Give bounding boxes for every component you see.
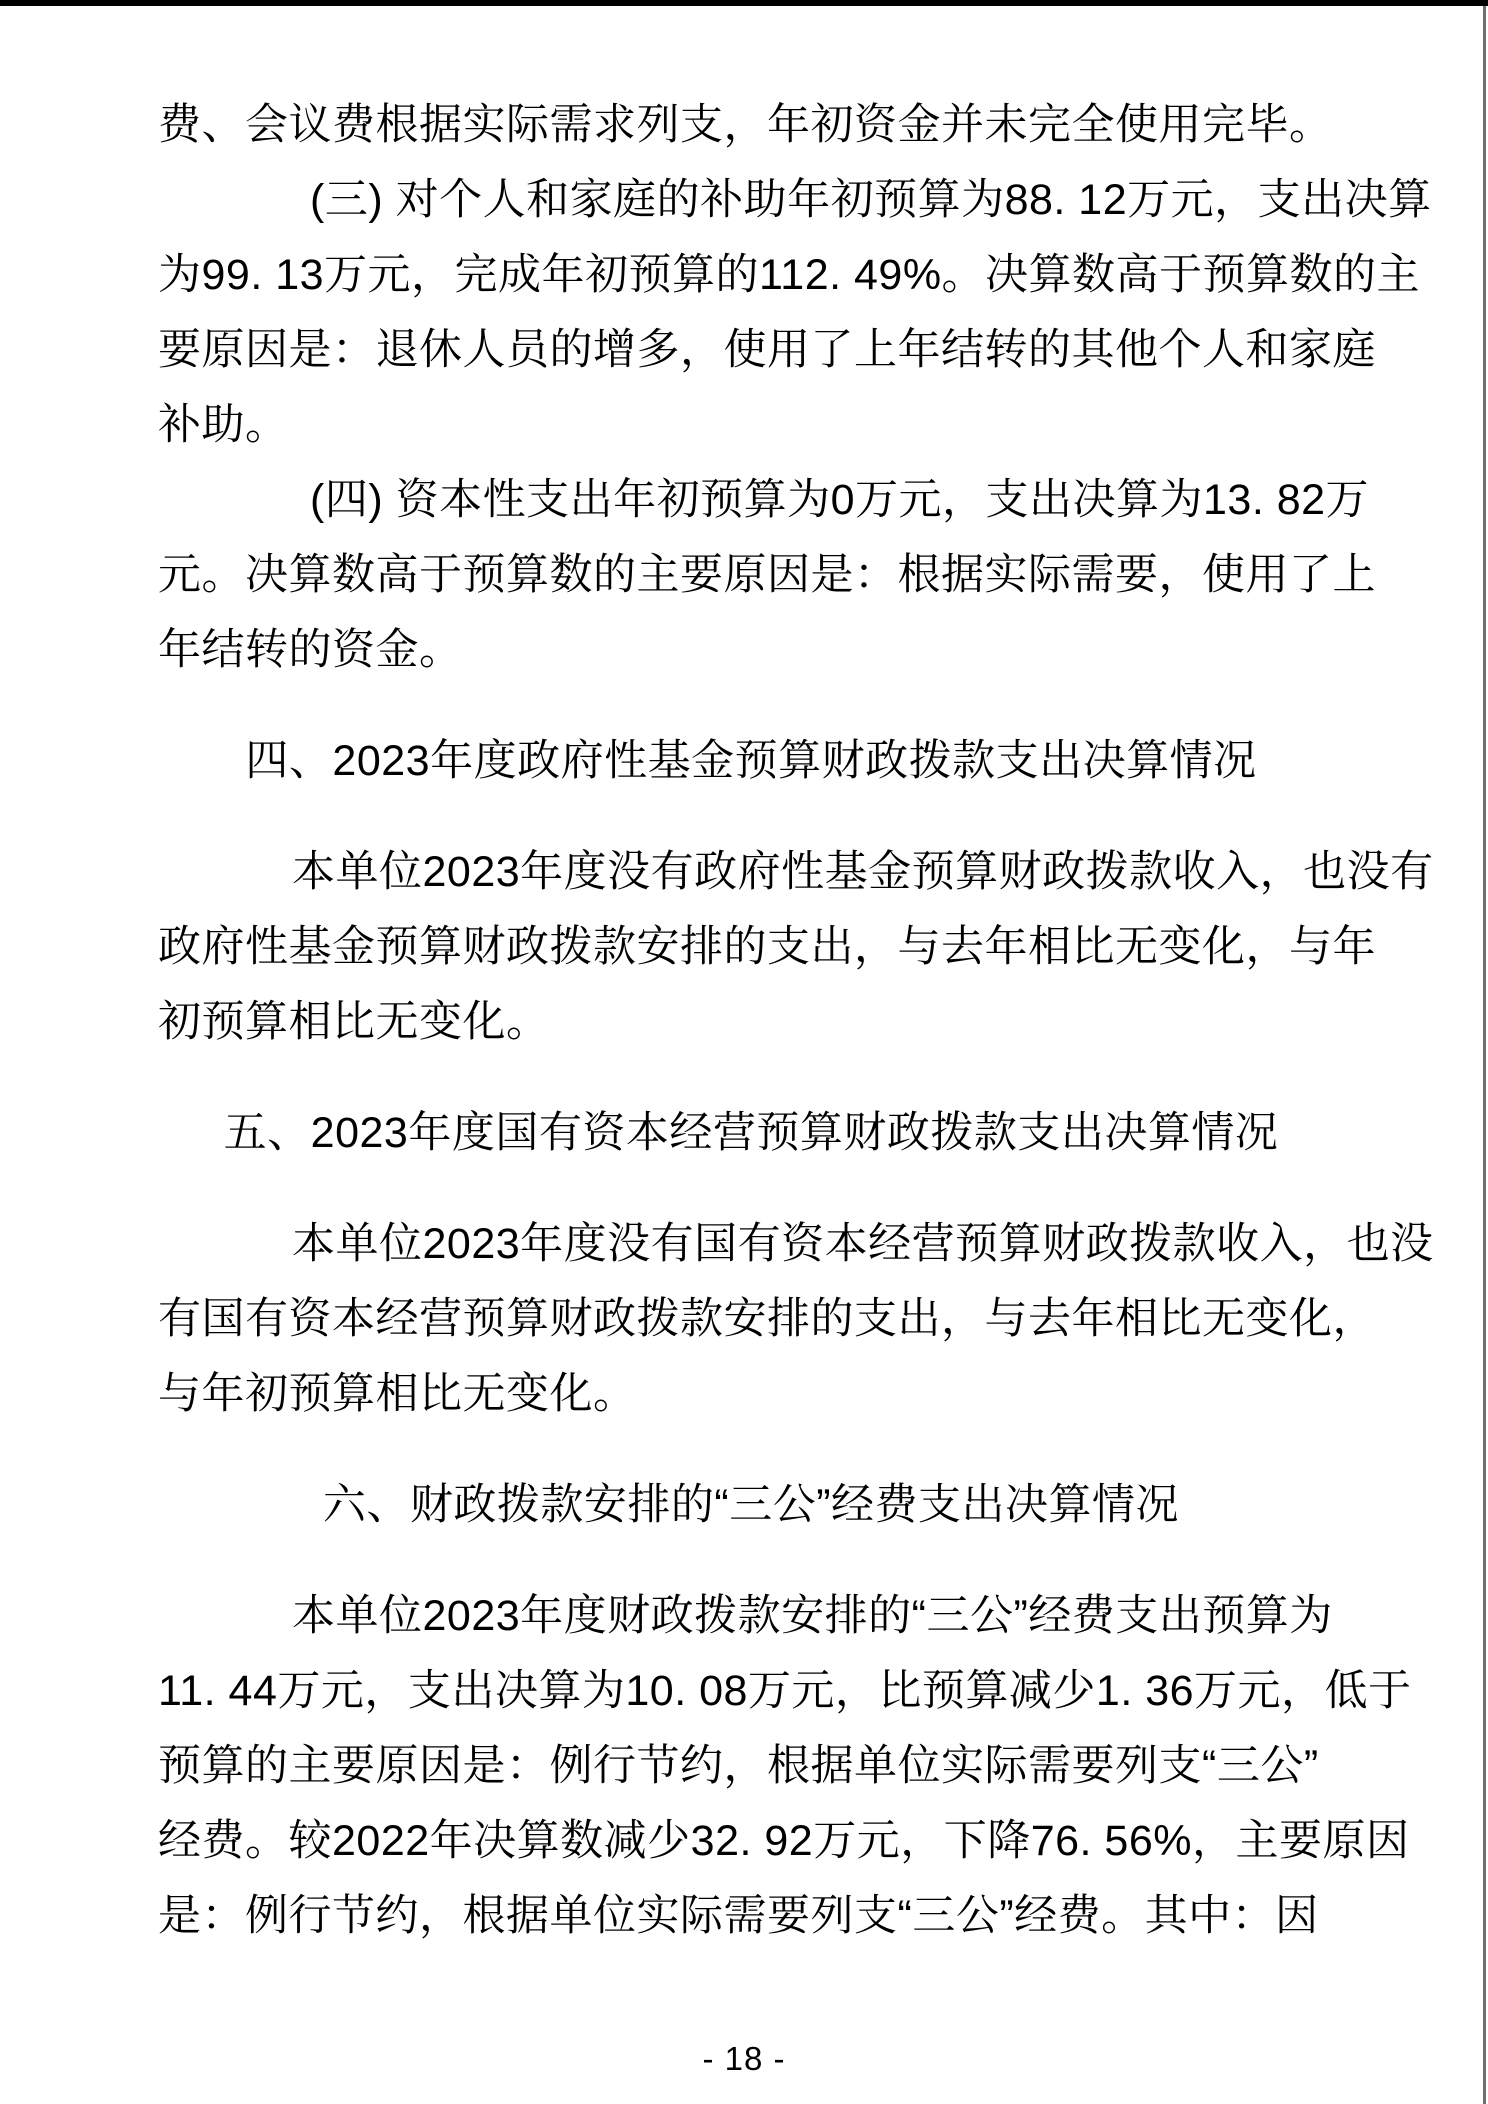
page-number: - 18 - <box>0 2038 1488 2080</box>
document-page: 费、会议费根据实际需求列支，年初资金并未完全使用完毕。(三) 对个人和家庭的补助… <box>0 0 1488 2104</box>
section-heading: 六、财政拨款安排的“三公”经费支出决算情况 <box>158 1468 1344 1543</box>
text-line: 本单位2023年度没有政府性基金预算财政拨款收入，也没有 <box>158 835 1344 910</box>
text-line: 为99. 13万元，完成年初预算的112. 49%。决算数高于预算数的主 <box>158 238 1344 313</box>
text-line: 年结转的资金。 <box>158 613 1344 688</box>
section-heading: 五、2023年度国有资本经营预算财政拨款支出决算情况 <box>158 1096 1344 1171</box>
text-line: 本单位2023年度没有国有资本经营预算财政拨款收入，也没 <box>158 1207 1344 1282</box>
text-line: 要原因是：退休人员的增多，使用了上年结转的其他个人和家庭 <box>158 313 1344 388</box>
section-heading: 四、2023年度政府性基金预算财政拨款支出决算情况 <box>158 724 1344 799</box>
text-line: 经费。较2022年决算数减少32. 92万元，下降76. 56%，主要原因 <box>158 1804 1344 1879</box>
text-line: 11. 44万元，支出决算为10. 08万元，比预算减少1. 36万元，低于 <box>158 1654 1344 1729</box>
text-line: 预算的主要原因是：例行节约，根据单位实际需要列支“三公” <box>158 1729 1344 1804</box>
text-line: 是：例行节约，根据单位实际需要列支“三公”经费。其中：因 <box>158 1879 1344 1954</box>
text-line: 费、会议费根据实际需求列支，年初资金并未完全使用完毕。 <box>158 88 1344 163</box>
text-line: 政府性基金预算财政拨款安排的支出，与去年相比无变化，与年 <box>158 910 1344 985</box>
document-body: 费、会议费根据实际需求列支，年初资金并未完全使用完毕。(三) 对个人和家庭的补助… <box>158 88 1344 1954</box>
text-line: (四) 资本性支出年初预算为0万元，支出决算为13. 82万 <box>158 463 1344 538</box>
text-line: 补助。 <box>158 388 1344 463</box>
text-line: 有国有资本经营预算财政拨款安排的支出，与去年相比无变化， <box>158 1282 1344 1357</box>
scan-top-edge-bar <box>0 0 1488 6</box>
text-line: (三) 对个人和家庭的补助年初预算为88. 12万元，支出决算 <box>158 163 1344 238</box>
text-line: 元。决算数高于预算数的主要原因是：根据实际需要，使用了上 <box>158 538 1344 613</box>
text-line: 初预算相比无变化。 <box>158 985 1344 1060</box>
text-line: 本单位2023年度财政拨款安排的“三公”经费支出预算为 <box>158 1579 1344 1654</box>
text-line: 与年初预算相比无变化。 <box>158 1357 1344 1432</box>
scan-right-edge-line <box>1483 6 1486 2104</box>
